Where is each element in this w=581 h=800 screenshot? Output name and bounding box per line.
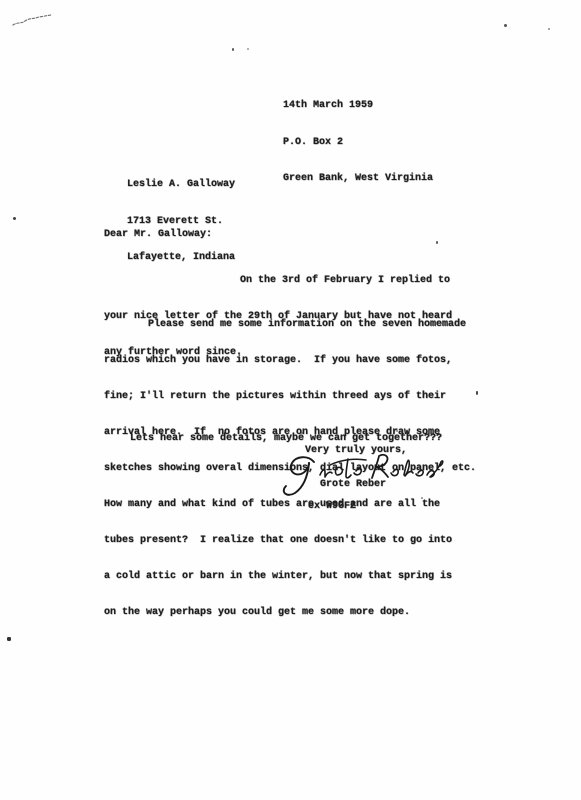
scan-speck bbox=[476, 391, 478, 395]
scan-speck bbox=[396, 430, 398, 432]
callsign: ex W9GFZ bbox=[308, 501, 356, 513]
scan-speck bbox=[421, 497, 423, 499]
scan-speck bbox=[436, 241, 438, 244]
paragraph-line: Lets hear some details, maybe we can get… bbox=[130, 433, 442, 445]
recipient-name: Leslie A. Galloway bbox=[127, 179, 235, 192]
paragraph-line: How many and what kind of tubes are used… bbox=[104, 499, 476, 511]
scan-speck bbox=[13, 217, 16, 220]
paragraph-line: On the 3rd of February I replied to bbox=[240, 275, 452, 287]
paragraph-line: radios which you have in storage. If you… bbox=[104, 355, 476, 367]
salutation: Dear Mr. Galloway: bbox=[104, 229, 212, 241]
city-state-line: Green Bank, West Virginia bbox=[283, 173, 433, 186]
date-address-block: 14th March 1959 P.O. Box 2 Green Bank, W… bbox=[283, 76, 433, 210]
recipient-street: 1713 Everett St. bbox=[127, 216, 235, 229]
scan-speck bbox=[548, 28, 550, 30]
scanned-letter-page: 14th March 1959 P.O. Box 2 Green Bank, W… bbox=[0, 0, 581, 800]
po-box-line: P.O. Box 2 bbox=[283, 137, 433, 150]
pencil-scribble-mark bbox=[12, 13, 54, 28]
scan-speck bbox=[301, 432, 303, 434]
scan-speck bbox=[504, 24, 507, 27]
scan-speck bbox=[232, 48, 234, 51]
paragraph-line: fine; I'll return the pictures within th… bbox=[104, 391, 476, 403]
paragraph-line: Please send me some information on the s… bbox=[148, 319, 476, 331]
handwritten-signature bbox=[278, 452, 443, 500]
date-line: 14th March 1959 bbox=[283, 100, 433, 113]
paragraph-line: tubes present? I realize that one doesn'… bbox=[104, 535, 476, 547]
scan-speck bbox=[247, 48, 249, 50]
typed-sender-name: Grote Reber bbox=[320, 479, 386, 491]
scan-speck bbox=[7, 637, 11, 641]
paragraph-line: on the way perhaps you could get me some… bbox=[104, 607, 476, 619]
paragraph-line: a cold attic or barn in the winter, but … bbox=[104, 571, 476, 583]
